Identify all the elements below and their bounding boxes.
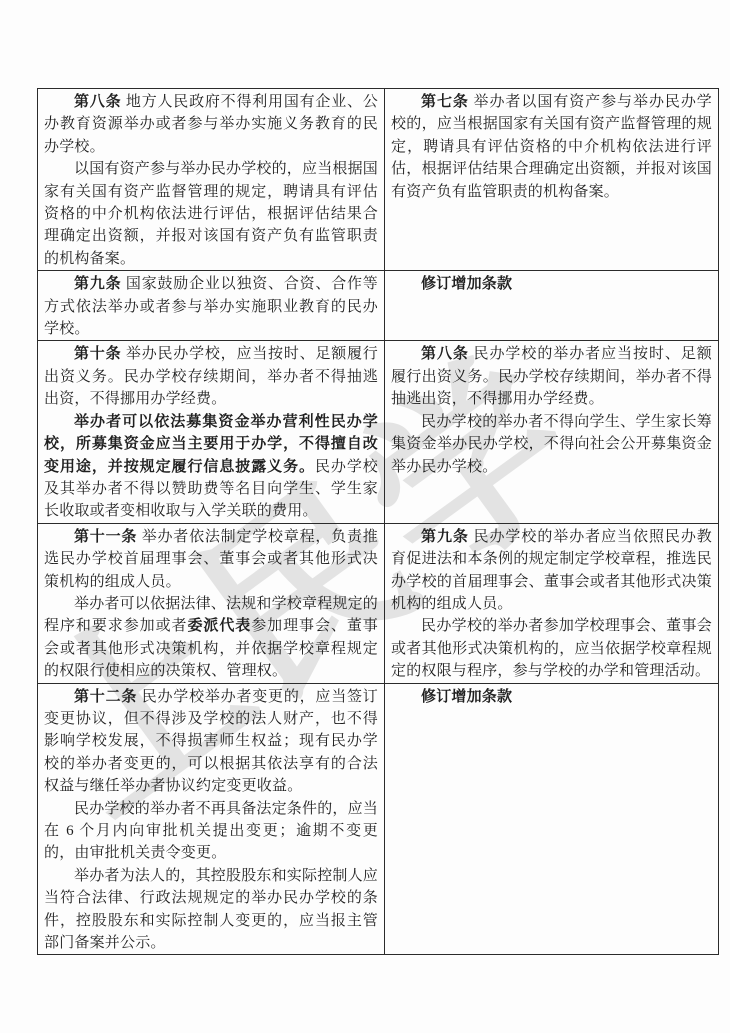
- body-text: 民办学校的举办者不得向学生、学生家长筹集资金举办民办学校，不得向社会公开募集资金…: [391, 414, 712, 475]
- paragraph: 第八条 民办学校的举办者应当按时、足额履行出资义务。民办学校存续期间，举办者不得…: [391, 343, 712, 410]
- bold-text: 第九条: [74, 276, 121, 292]
- paragraph: 以国有资产参与举办民办学校的，应当根据国家有关国有资产监督管理的规定，聘请具有评…: [44, 158, 378, 270]
- bold-text: 修订增加条款: [421, 689, 512, 705]
- table-row: 第九条 国家鼓励企业以独资、合资、合作等方式依法举办或者参与举办实施职业教育的民…: [38, 271, 719, 341]
- paragraph: 第十条 举办民办学校，应当按时、足额履行出资义务。民办学校存续期间，举办者不得抽…: [44, 343, 378, 410]
- table-cell-left: 第八条 地方人民政府不得利用国有企业、公办教育资源举办或者参与举办实施义务教育的…: [38, 89, 385, 271]
- paragraph: 第十一条 举办者依法制定学校章程，负责推选民办学校首届理事会、董事会或者其他形式…: [44, 526, 378, 593]
- table-cell-right: 第七条 举办者以国有资产参与举办民办学校的，应当根据国家有关国有资产监督管理的规…: [385, 89, 719, 271]
- paragraph: 第九条 国家鼓励企业以独资、合资、合作等方式依法举办或者参与举办实施职业教育的民…: [44, 273, 378, 340]
- paragraph: 民办学校的举办者参加学校理事会、董事会或者其他形式决策机构的，应当依据学校章程规…: [391, 615, 712, 682]
- paragraph: 修订增加条款: [391, 273, 712, 295]
- paragraph: 第十二条 民办学校举办者变更的，应当签订变更协议，但不得涉及学校的法人财产，也不…: [44, 686, 378, 798]
- paragraph: 第七条 举办者以国有资产参与举办民办学校的，应当根据国家有关国有资产监督管理的规…: [391, 91, 712, 203]
- table-row: 第十二条 民办学校举办者变更的，应当签订变更协议，但不得涉及学校的法人财产，也不…: [38, 683, 719, 955]
- table-cell-right: 第八条 民办学校的举办者应当按时、足额履行出资义务。民办学校存续期间，举办者不得…: [385, 341, 719, 523]
- table-cell-right: 修订增加条款: [385, 683, 719, 955]
- table-row: 第十一条 举办者依法制定学校章程，负责推选民办学校首届理事会、董事会或者其他形式…: [38, 523, 719, 683]
- bold-text: 修订增加条款: [421, 276, 512, 292]
- table-cell-right: 修订增加条款: [385, 271, 719, 341]
- paragraph: 修订增加条款: [391, 686, 712, 708]
- bold-text: 第九条: [421, 529, 469, 545]
- table-cell-left: 第十条 举办民办学校，应当按时、足额履行出资义务。民办学校存续期间，举办者不得抽…: [38, 341, 385, 523]
- bold-text: 委派代表: [187, 618, 251, 634]
- comparison-table-body: 第八条 地方人民政府不得利用国有企业、公办教育资源举办或者参与举办实施义务教育的…: [38, 89, 719, 955]
- bold-text: 第十一条: [74, 529, 137, 545]
- paragraph: 第九条 民办学校的举办者应当依照民办教育促进法和本条例的规定制定学校章程，推选民…: [391, 526, 712, 616]
- paragraph: 举办者可以依据法律、法规和学校章程规定的程序和要求参加或者委派代表参加理事会、董…: [44, 593, 378, 683]
- table-row: 第十条 举办民办学校，应当按时、足额履行出资义务。民办学校存续期间，举办者不得抽…: [38, 341, 719, 523]
- body-text: 民办学校的举办者不再具备法定条件的，应当在 6 个月内向审批机关提出变更；逾期不…: [44, 801, 378, 862]
- body-text: 民办学校的举办者参加学校理事会、董事会或者其他形式决策机构的，应当依据学校章程规…: [391, 618, 712, 679]
- body-text: 以国有资产参与举办民办学校的，应当根据国家有关国有资产监督管理的规定，聘请具有评…: [44, 161, 378, 267]
- paragraph: 民办学校的举办者不得向学生、学生家长筹集资金举办民办学校，不得向社会公开募集资金…: [391, 411, 712, 478]
- document-page: 上民学 第八条 地方人民政府不得利用国有企业、公办教育资源举办或者参与举办实施义…: [0, 0, 730, 1033]
- comparison-table: 第八条 地方人民政府不得利用国有企业、公办教育资源举办或者参与举办实施义务教育的…: [37, 88, 719, 955]
- paragraph: 举办者可以依法募集资金举办营利性民办学校，所募集资金应当主要用于办学，不得擅自改…: [44, 411, 378, 523]
- table-cell-left: 第九条 国家鼓励企业以独资、合资、合作等方式依法举办或者参与举办实施职业教育的民…: [38, 271, 385, 341]
- table-cell-left: 第十一条 举办者依法制定学校章程，负责推选民办学校首届理事会、董事会或者其他形式…: [38, 523, 385, 683]
- paragraph: 民办学校的举办者不再具备法定条件的，应当在 6 个月内向审批机关提出变更；逾期不…: [44, 798, 378, 865]
- paragraph: 第八条 地方人民政府不得利用国有企业、公办教育资源举办或者参与举办实施义务教育的…: [44, 91, 378, 158]
- paragraph: 举办者为法人的，其控股股东和实际控制人应当符合法律、行政法规规定的举办民办学校的…: [44, 865, 378, 955]
- bold-text: 第十二条: [74, 689, 137, 705]
- bold-text: 第七条: [421, 94, 469, 110]
- bold-text: 第八条: [74, 94, 121, 110]
- bold-text: 第八条: [421, 346, 469, 362]
- table-row: 第八条 地方人民政府不得利用国有企业、公办教育资源举办或者参与举办实施义务教育的…: [38, 89, 719, 271]
- bold-text: 第十条: [74, 346, 121, 362]
- body-text: 举办者为法人的，其控股股东和实际控制人应当符合法律、行政法规规定的举办民办学校的…: [44, 868, 378, 951]
- table-cell-left: 第十二条 民办学校举办者变更的，应当签订变更协议，但不得涉及学校的法人财产，也不…: [38, 683, 385, 955]
- table-cell-right: 第九条 民办学校的举办者应当依照民办教育促进法和本条例的规定制定学校章程，推选民…: [385, 523, 719, 683]
